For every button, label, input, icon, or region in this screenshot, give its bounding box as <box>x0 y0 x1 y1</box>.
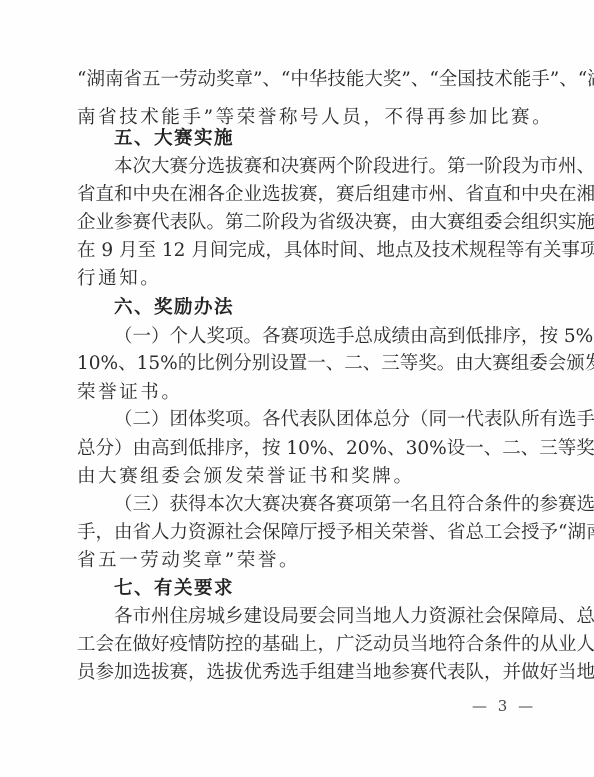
body-line: 省五一劳动奖章”荣誉。 <box>77 550 517 572</box>
body-line: （三）获得本次大赛决赛各赛项第一名且符合条件的参赛选 <box>114 494 517 516</box>
body-line: 南省技术能手”等荣誉称号人员，不得再参加比赛。 <box>77 107 517 129</box>
section-heading-7: 七、有关要求 <box>114 578 234 600</box>
section-heading-6: 六、奖励办法 <box>114 297 234 319</box>
body-line: 员参加选拔赛，选拔优秀选手组建当地参赛代表队，并做好当地 <box>77 662 517 684</box>
body-line: （二）团体奖项。各代表队团体总分（同一代表队所有选手 <box>114 409 517 431</box>
body-line: 手，由省人力资源社会保障厅授予相关荣誉、省总工会授予“湖南 <box>77 522 517 544</box>
body-line: 企业参赛代表队。第二阶段为省级决赛，由大赛组委会组织实施， <box>77 212 517 234</box>
body-line: 在 9 月至 12 月间完成，具体时间、地点及技术规程等有关事项另 <box>77 240 517 262</box>
body-line: 由大赛组委会颁发荣誉证书和奖牌。 <box>77 466 517 488</box>
section-heading-5: 五、大赛实施 <box>114 128 234 150</box>
body-line: 荣誉证书。 <box>77 382 517 404</box>
body-line: 总分）由高到低排序，按 10%、20%、30%设一、二、三等奖。 <box>77 438 517 460</box>
body-line: 10%、15%的比例分别设置一、二、三等奖。由大赛组委会颁发 <box>77 353 517 375</box>
page-number: — 3 — <box>472 697 536 715</box>
body-line: 本次大赛分选拔赛和决赛两个阶段进行。第一阶段为市州、 <box>114 156 517 178</box>
document-page: “湖南省五一劳动奖章”、“中华技能大奖”、“全国技术能手”、“湖 南省技术能手”… <box>0 0 594 777</box>
body-line: 行通知。 <box>77 268 517 290</box>
body-line: “湖南省五一劳动奖章”、“中华技能大奖”、“全国技术能手”、“湖 <box>77 69 517 91</box>
body-line: 各市州住房城乡建设局要会同当地人力资源社会保障局、总 <box>114 606 517 628</box>
body-line: 工会在做好疫情防控的基础上，广泛动员当地符合条件的从业人 <box>77 634 517 656</box>
body-line: （一）个人奖项。各赛项选手总成绩由高到低排序，按 5%、 <box>114 326 517 348</box>
body-line: 省直和中央在湘各企业选拔赛，赛后组建市州、省直和中央在湘 <box>77 184 517 206</box>
